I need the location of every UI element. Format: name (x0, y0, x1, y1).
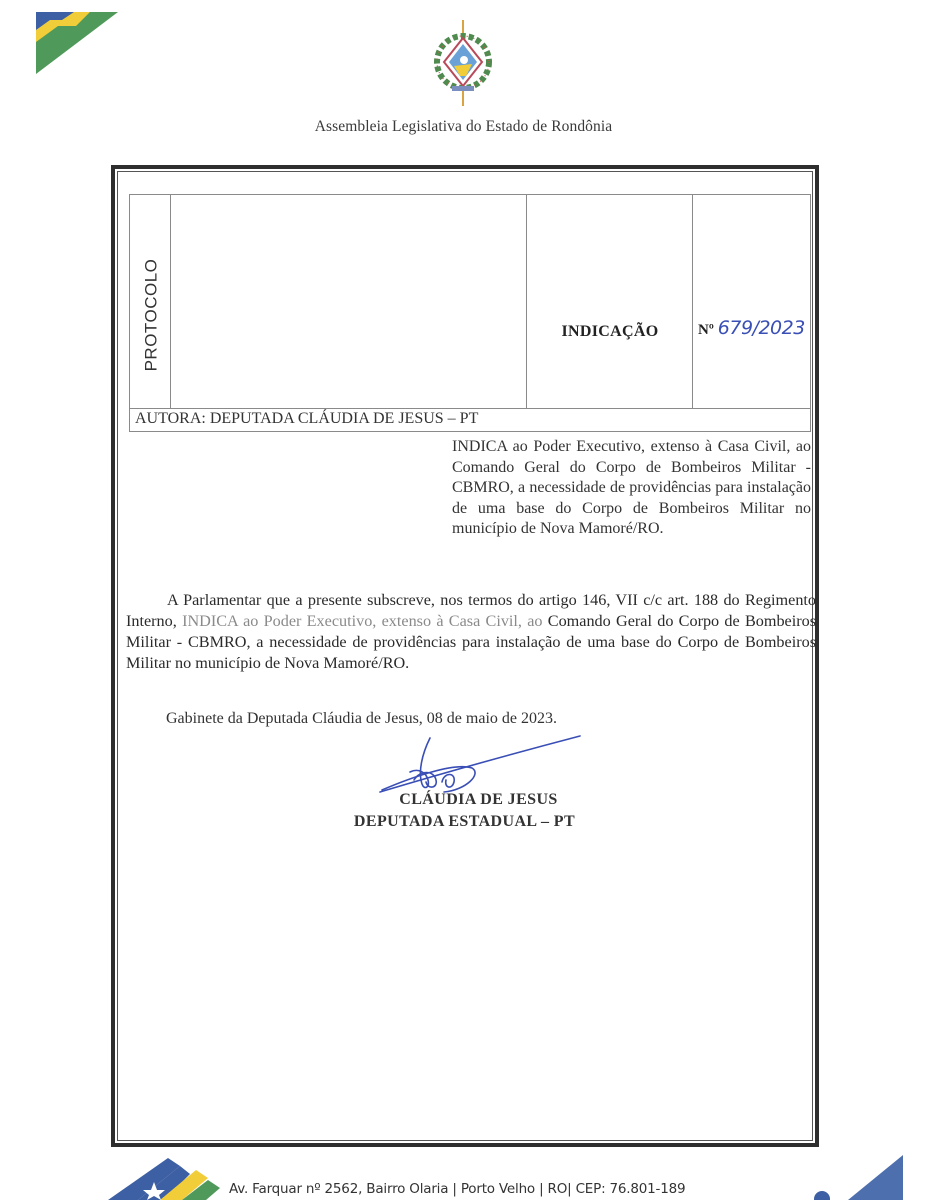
author-line: AUTORA: DEPUTADA CLÁUDIA DE JESUS – PT (135, 410, 478, 428)
state-flag-stripes-icon (36, 12, 118, 74)
coat-of-arms-icon (430, 18, 496, 108)
table-divider (170, 195, 171, 408)
signer-name: CLÁUDIA DE JESUS (0, 791, 927, 809)
handwritten-number: 679/2023 (718, 317, 805, 339)
body-paragraph: A Parlamentar que a presente subscreve, … (126, 590, 816, 674)
table-divider (130, 408, 810, 409)
protocolo-label: PROTOCOLO (141, 259, 161, 372)
table-divider (692, 195, 693, 408)
footer-corner-stripe-icon (808, 1155, 903, 1200)
ale-ro-star-logo-icon (108, 1152, 228, 1200)
body-text-faded: INDICA ao Poder Executivo, extenso à Cas… (182, 612, 542, 630)
table-divider (526, 195, 527, 408)
form-header-table: PROTOCOLO INDICAÇÃO Nº 679/2023 AUTORA: … (129, 194, 811, 432)
assembly-name: Assembleia Legislativa do Estado de Rond… (0, 118, 927, 136)
ementa-paragraph: INDICA ao Poder Executivo, extenso à Cas… (452, 437, 811, 540)
footer-address: Av. Farquar nº 2562, Bairro Olaria | Por… (229, 1181, 685, 1197)
protocolo-cell: PROTOCOLO (136, 235, 166, 395)
signer-role: DEPUTADA ESTADUAL – PT (0, 813, 927, 831)
number-prefix: Nº (698, 322, 714, 338)
document-number: Nº 679/2023 (698, 317, 805, 339)
place-date-line: Gabinete da Deputada Cláudia de Jesus, 0… (166, 710, 557, 728)
document-type-label: INDICAÇÃO (528, 323, 692, 341)
